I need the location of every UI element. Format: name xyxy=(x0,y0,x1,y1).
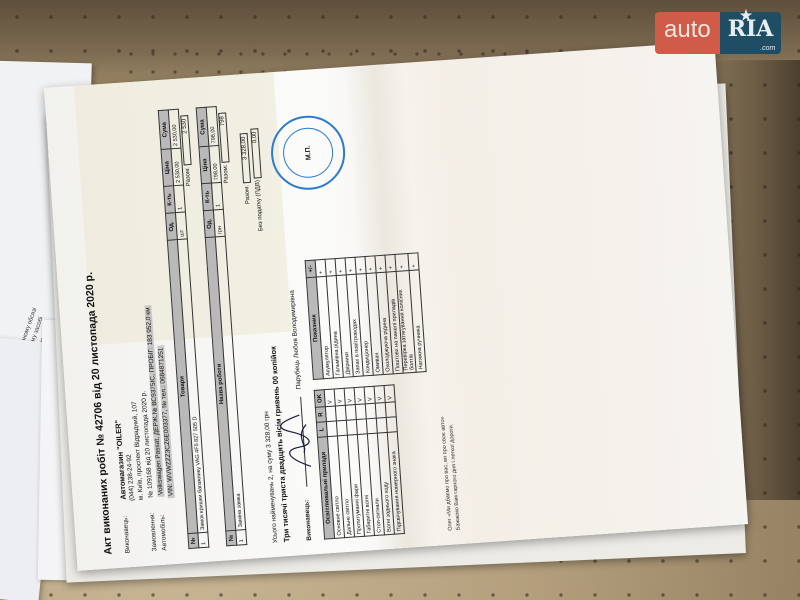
cell: 1 xyxy=(174,185,186,213)
grand-total-label: Разом: xyxy=(244,185,251,204)
signer-name: Парубець Любов Володимирівна xyxy=(289,290,303,390)
company-stamp: М.П. xyxy=(269,113,348,192)
stamp-mp-text: М.П. xyxy=(281,126,334,179)
checks-table-body: Акумулятор+Гальмівна рідина+Двірники+Зап… xyxy=(315,253,426,379)
cell: 798,00 xyxy=(206,107,219,147)
signature-label: Виконавець: xyxy=(303,488,314,540)
cell: грн xyxy=(213,209,225,237)
contractor-label: Виконавець: xyxy=(121,501,132,553)
grand-total-value: 3 328,00 xyxy=(240,133,251,183)
goods-total-label: Разом: xyxy=(185,167,192,186)
cell: 2 530,00 xyxy=(171,148,184,186)
cell: шт xyxy=(175,212,187,240)
cell: 1 xyxy=(198,532,209,548)
cell: 798,00 xyxy=(209,145,222,183)
cell: 1 xyxy=(211,182,223,210)
vehicle-checks-table: Показник +/- Акумулятор+Гальмівна рідина… xyxy=(305,252,427,380)
cell: + xyxy=(395,254,409,272)
watermark-suffix: .com xyxy=(760,45,775,52)
works-total-label: Разом: xyxy=(223,164,230,183)
cell: 2 530,00 xyxy=(168,109,181,149)
vehicle-label: Автомобіль: xyxy=(158,499,169,551)
order-label: Замовлення: xyxy=(148,499,159,551)
watermark-ria: ★ RIA .com xyxy=(720,12,782,54)
autoria-watermark: auto ★ RIA .com xyxy=(655,12,781,54)
handwritten-signature xyxy=(279,410,317,472)
star-icon: ★ xyxy=(740,8,753,24)
vat-value: 0,00 xyxy=(250,128,261,178)
document-title: Акт виконаних робіт № 42706 від 20 листо… xyxy=(83,272,115,555)
lights-check-table: Освітлювальні прилади L R OK Основне сві… xyxy=(314,384,405,539)
cell: + xyxy=(408,253,419,271)
document-page-rotated: Акт виконаних робіт № 42706 від 20 листо… xyxy=(65,86,396,566)
cell: V xyxy=(384,385,395,403)
vat-label: Без податку (ПДВ) xyxy=(255,180,265,231)
lights-table-body: Основне світлоVДальнє світлоVПротитуманн… xyxy=(324,385,404,539)
cell: 1 xyxy=(236,530,247,546)
cell xyxy=(385,402,396,418)
watermark-auto: auto xyxy=(655,12,720,54)
act-document: Акт виконаних робіт № 42706 від 20 листо… xyxy=(44,41,748,571)
vat-row: Без податку (ПДВ) 0,00 xyxy=(250,128,265,231)
cell xyxy=(386,417,397,433)
